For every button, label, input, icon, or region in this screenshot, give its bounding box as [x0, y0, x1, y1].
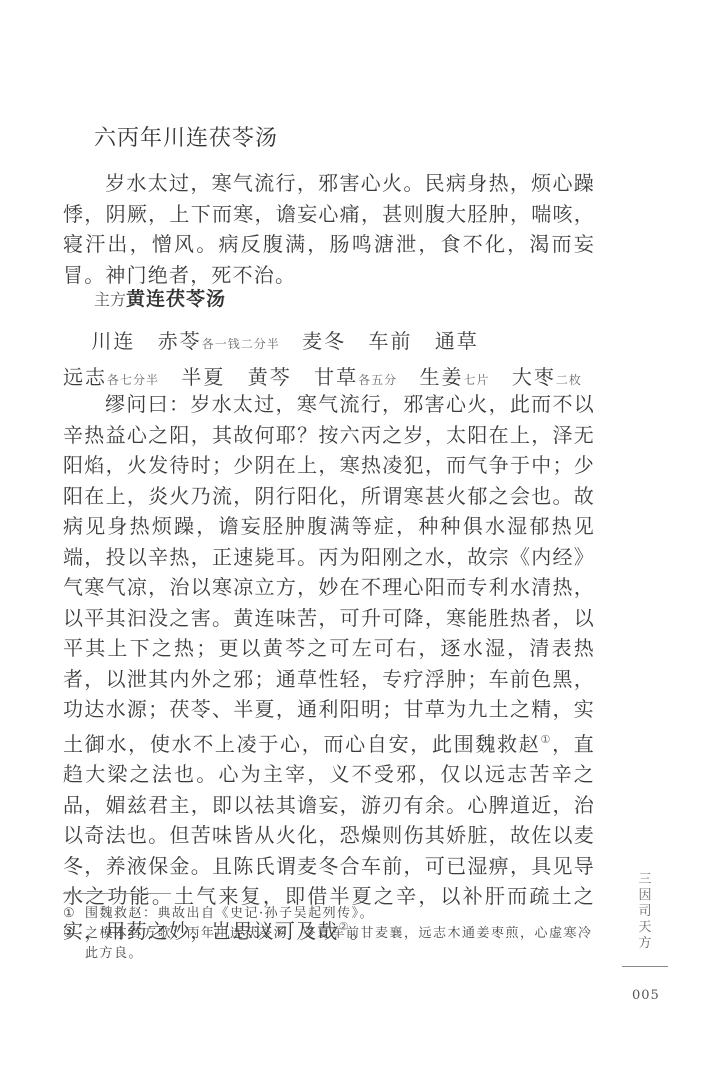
herb-list: 川连 赤苓各一钱二分半 麦冬 车前 通草 远志各七分半 半夏 黄芩 甘草各五分 … [63, 325, 603, 397]
footnotes: ① 围魏救赵：典故出自《史记·孙子吴起列传》。 ② 之模本有方歌：丙年川连茯苓汤… [63, 904, 603, 964]
herb-item: 黄芩 [248, 365, 292, 389]
footnote-text: 之模本有方歌：丙年川连茯苓汤，苓夏车前甘麦襄，远志木通姜枣煎，心虚寒冷此方良。 [85, 924, 603, 964]
herb-item: 远志各七分半 [63, 365, 159, 389]
book-page: 六丙年川连茯苓汤 岁水太过，寒气流行，邪害心火。民病身热，烦心躁悸，阴厥，上下而… [0, 0, 702, 1067]
herb-item: 大枣二枚 [512, 365, 582, 389]
running-head: 三因司天方 [636, 872, 654, 952]
herb-item: 生姜七片 [419, 365, 489, 389]
section-title: 六丙年川连茯苓汤 [94, 121, 278, 152]
intro-paragraph: 岁水太过，寒气流行，邪害心火。民病身热，烦心躁悸，阴厥，上下而寒，谵妄心痛，甚则… [63, 168, 595, 290]
margin-divider [622, 966, 668, 967]
footnote-1: ① 围魏救赵：典故出自《史记·孙子吴起列传》。 [63, 904, 603, 924]
footnote-text: 围魏救赵：典故出自《史记·孙子吴起列传》。 [85, 904, 374, 924]
footnote-mark: ② [63, 924, 85, 964]
formula-name: 黄连茯苓汤 [126, 288, 226, 310]
herb-item: 车前 [368, 329, 412, 353]
herb-item: 赤苓各一钱二分半 [158, 329, 280, 353]
footnote-2: ② 之模本有方歌：丙年川连茯苓汤，苓夏车前甘麦襄，远志木通姜枣煎，心虚寒冷此方良… [63, 924, 603, 964]
intro-text: 岁水太过，寒气流行，邪害心火。民病身热，烦心躁悸，阴厥，上下而寒，谵妄心痛，甚则… [63, 171, 595, 287]
herb-item: 半夏 [181, 365, 225, 389]
page-number: 005 [632, 988, 660, 1003]
footnote-mark: ① [63, 904, 85, 924]
herb-item: 麦冬 [302, 329, 346, 353]
commentary-paragraph: 缪问曰：岁水太过，寒气流行，邪害心火，此而不以辛热益心之阳，其故何耶？按六丙之岁… [63, 389, 595, 946]
herb-item: 通草 [435, 329, 479, 353]
herb-item: 甘草各五分 [314, 365, 397, 389]
footnote-ref-1[interactable]: ① [541, 733, 553, 746]
footnote-divider [63, 893, 171, 894]
herb-item: 川连 [91, 329, 135, 353]
formula-heading: 主方黄连茯苓汤 [94, 283, 226, 311]
formula-label: 主方 [94, 290, 126, 309]
commentary-text-1: 缪问曰：岁水太过，寒气流行，邪害心火，此而不以辛热益心之阳，其故何耶？按六丙之岁… [63, 392, 595, 756]
